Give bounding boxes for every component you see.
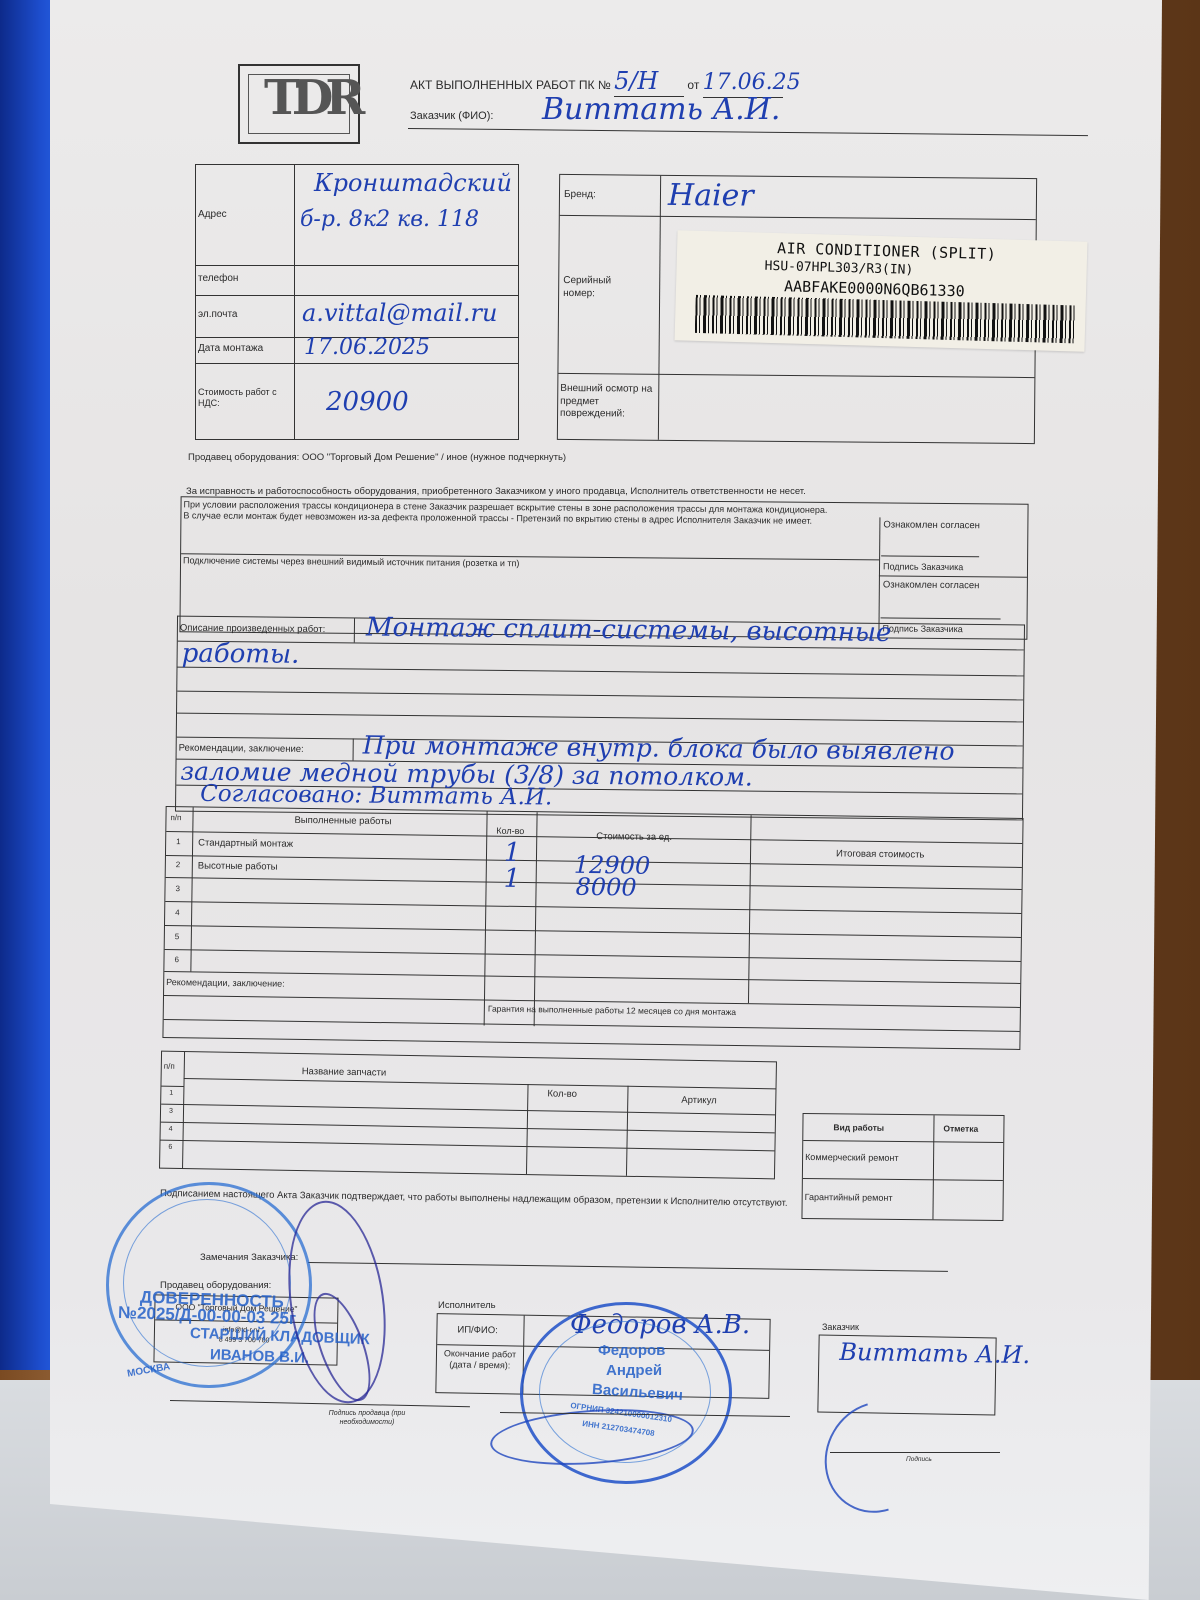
recommendations-label: Рекомендации, заключение: [179, 743, 304, 756]
customer-label: Заказчик (ФИО): [410, 110, 493, 124]
liability-note: За исправность и работоспособность обору… [186, 486, 806, 498]
work-type-table: Вид работы Отметка Коммерческий ремонт Г… [801, 1113, 1004, 1221]
customer-block-name: Виттать А.И. [839, 1338, 1030, 1369]
customer-block-label: Заказчик [822, 1322, 859, 1333]
work-description-line2: работы. [181, 639, 299, 670]
parts-col-name: Название запчасти [302, 1066, 387, 1079]
warranty-repair-checkbox[interactable] [936, 1183, 998, 1216]
work-type-warranty: Гарантийный ремонт [805, 1192, 893, 1204]
company-logo: TDR [238, 64, 360, 144]
work-type-col-mark: Отметка [943, 1123, 978, 1134]
seller-line: Продавец оборудования: ООО "Торговый Дом… [188, 452, 566, 464]
seller-sign-label: Подпись продавца (при необходимости) [322, 1410, 412, 1428]
install-date-value: 17.06.2025 [304, 335, 430, 360]
email-value: a.vittal@mail.ru [302, 299, 497, 327]
recommendations-line3: Согласовано: Виттать А.И. [200, 781, 552, 811]
condition-power-source: Подключение системы через внешний видимы… [183, 555, 519, 569]
address-label: Адрес [198, 209, 227, 222]
act-document-page: TDR АКТ ВЫПОЛНЕННЫХ РАБОТ ПК № 5/H от 17… [50, 0, 1162, 1600]
serial-number-value: AABFAKE0000N6QB61330 [784, 277, 965, 300]
brand-label: Бренд: [564, 189, 596, 202]
agree-label-1: Ознакомлен согласен [883, 519, 980, 532]
condition-wall-opening: При условии расположения трассы кондицио… [183, 499, 873, 528]
work-description-line1: Монтаж сплит-системы, высотные [366, 613, 892, 649]
col-header-qty: Кол-во [496, 826, 524, 838]
cost-value: 20900 [326, 387, 409, 417]
parts-table: п/п Название запчасти Кол-во Артикул 1 3… [159, 1051, 777, 1180]
col-header-number: п/п [170, 813, 181, 823]
remarks-field[interactable] [308, 1262, 948, 1272]
work-type-commercial: Коммерческий ремонт [805, 1152, 899, 1164]
col-header-work: Выполненные работы [294, 815, 391, 828]
warranty-note: Гарантия на выполненные работы 12 месяце… [488, 1004, 736, 1018]
work-row-2-name: Высотные работы [198, 860, 278, 873]
cost-label: Стоимость работ с НДС: [198, 387, 288, 410]
work-row-2-price: 8000 [575, 873, 636, 902]
customer-sign-field-1[interactable]: Подпись Заказчика [883, 561, 963, 573]
barcode-icon [695, 295, 1076, 344]
work-type-col-type: Вид работы [833, 1122, 884, 1133]
works-recommendations-label: Рекомендации, заключение: [166, 977, 285, 990]
executor-label: Исполнитель [438, 1300, 496, 1312]
install-date-label: Дата монтажа [198, 343, 263, 356]
parts-col-qty: Кол-во [547, 1088, 577, 1100]
commercial-repair-checkbox[interactable] [937, 1145, 999, 1176]
finish-time-label: Окончание работ (дата / время): [441, 1348, 519, 1372]
parts-col-number: п/п [164, 1062, 175, 1072]
phone-label: телефон [198, 273, 238, 286]
executor-stamp-line2: Андрей [606, 1362, 662, 1379]
email-label: эл.почта [198, 309, 238, 322]
serial-label: Серийный номер: [563, 275, 643, 301]
executor-stamp-line1: Федоров [598, 1342, 665, 1359]
works-table: п/п Выполненные работы Кол-во Стоимость … [162, 806, 1023, 1050]
address-value-line1: Кронштадский [314, 169, 512, 197]
work-row-2-qty: 1 [503, 864, 520, 894]
client-info-table: Адрес Кронштадский б-р. 8к2 кв. 118 теле… [195, 164, 519, 440]
parts-col-article: Артикул [681, 1095, 717, 1107]
customer-name: Виттать А.И. [542, 92, 780, 127]
seller-stamp-line4: ИВАНОВ В.И. [210, 1346, 310, 1366]
work-description-section: Описание произведенных работ: Монтаж спл… [175, 616, 1025, 821]
agree-label-2: Ознакомлен согласен [883, 579, 980, 592]
col-header-unit-price: Стоимость за ед. [596, 831, 672, 844]
work-row-1-name: Стандартный монтаж [198, 837, 293, 850]
customer-name-box: Виттать А.И. [817, 1334, 996, 1415]
seller-signature-line[interactable] [170, 1400, 470, 1407]
col-header-total: Итоговая стоимость [836, 848, 925, 861]
inspection-label: Внешний осмотр на предмет повреждений: [560, 383, 656, 421]
executor-name-label: ИП/ФИО: [457, 1324, 498, 1337]
address-value-line2: б-р. 8к2 кв. 118 [300, 207, 479, 232]
work-description-label: Описание произведенных работ: [180, 623, 325, 636]
brand-value: Haier [668, 178, 754, 214]
serial-number-sticker: AIR CONDITIONER (SPLIT) HSU-07HPL303/R3(… [675, 230, 1088, 351]
